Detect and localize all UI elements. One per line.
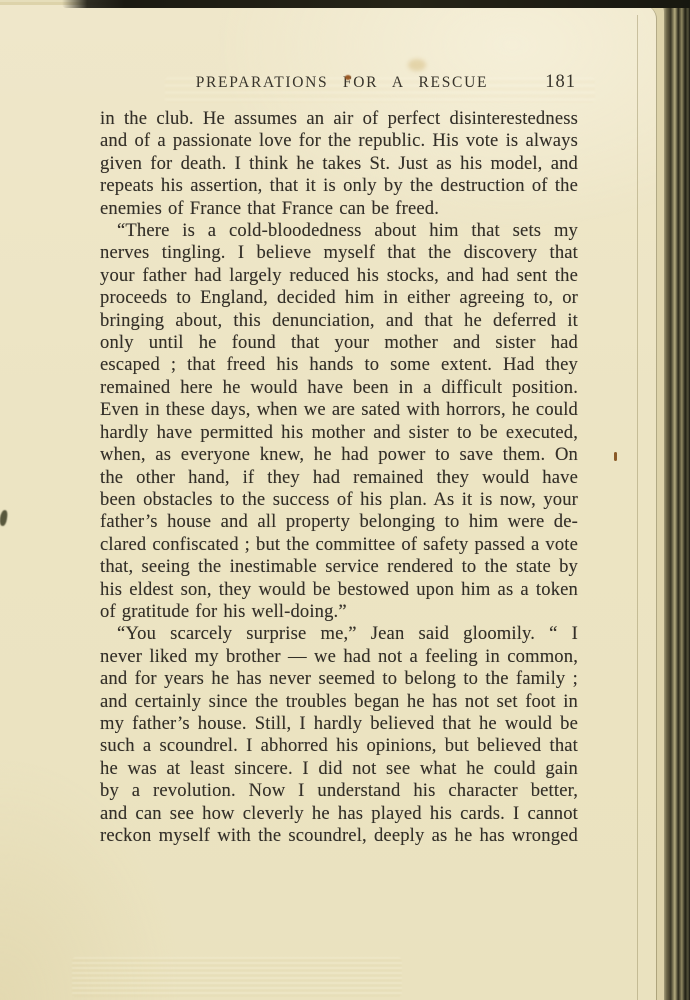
text-line: your father had largely reduced his stoc… xyxy=(100,265,578,287)
text-line: clared confiscated ; but the committee o… xyxy=(100,534,578,556)
text-line: and of a passionate love for the republi… xyxy=(100,130,578,152)
text-line: bringing about, this denunciation, and t… xyxy=(100,310,578,332)
text-line: “There is a cold-bloodedness about him t… xyxy=(100,220,578,242)
text-line: he was at least sincere. I did not see w… xyxy=(100,758,578,780)
text-line: the other hand, if they had remained the… xyxy=(100,467,578,489)
text-line: and certainly since the troubles began h… xyxy=(100,691,578,713)
text-line: such a scoundrel. I abhorred his opinion… xyxy=(100,735,578,757)
page-header: PREPARATIONS FOR A RESCUE 181 xyxy=(100,72,578,94)
book-page-scan: PREPARATIONS FOR A RESCUE 181 in the clu… xyxy=(0,0,690,1000)
text-line: proceeds to England, decided him in eith… xyxy=(100,287,578,309)
paper-streak-artifact-bottom xyxy=(72,957,402,997)
foxing-spot xyxy=(345,75,351,80)
running-title: PREPARATIONS FOR A RESCUE xyxy=(196,74,488,92)
text-line: given for death. I think he takes St. Ju… xyxy=(100,153,578,175)
text-line: my father’s house. Still, I hardly belie… xyxy=(100,713,578,735)
text-line: enemies of France that France can be fre… xyxy=(100,198,578,220)
text-line: nerves tingling. I believe myself that t… xyxy=(100,242,578,264)
text-line: been obstacles to the success of his pla… xyxy=(100,489,578,511)
body-text: in the club. He assumes an air of perfec… xyxy=(100,108,578,847)
ink-smudge xyxy=(0,510,8,527)
text-line: Even in these days, when we are sated wi… xyxy=(100,399,578,421)
text-line: reckon myself with the scoundrel, deeply… xyxy=(100,825,578,847)
book-top-edge xyxy=(62,0,690,8)
text-line: only until he found that your mother and… xyxy=(100,332,578,354)
text-line: hardly have permitted his mother and sis… xyxy=(100,422,578,444)
text-line: never liked my brother — we had not a fe… xyxy=(100,646,578,668)
text-line: repeats his assertion, that it is only b… xyxy=(100,175,578,197)
text-line: and can see how cleverly he has played h… xyxy=(100,803,578,825)
text-line: that, seeing the inestimable service ren… xyxy=(100,556,578,578)
text-line: escaped ; that freed his hands to some e… xyxy=(100,354,578,376)
text-line: father’s house and all property belongin… xyxy=(100,511,578,533)
margin-mark xyxy=(614,452,617,461)
text-line: in the club. He assumes an air of perfec… xyxy=(100,108,578,130)
text-line: when, as everyone knew, he had power to … xyxy=(100,444,578,466)
text-line: remained here he would have been in a di… xyxy=(100,377,578,399)
text-line: of gratitude for his well-doing.” xyxy=(100,601,578,623)
book-page: PREPARATIONS FOR A RESCUE 181 in the clu… xyxy=(0,5,657,1000)
paper-stain xyxy=(408,59,426,71)
text-line: by a revolution. Now I understand his ch… xyxy=(100,780,578,802)
text-line: his eldest son, they would be bestowed u… xyxy=(100,579,578,601)
text-line: “You scarcely surprise me,” Jean said gl… xyxy=(100,623,578,645)
text-line: and for years he has never seemed to bel… xyxy=(100,668,578,690)
page-number: 181 xyxy=(545,72,576,93)
